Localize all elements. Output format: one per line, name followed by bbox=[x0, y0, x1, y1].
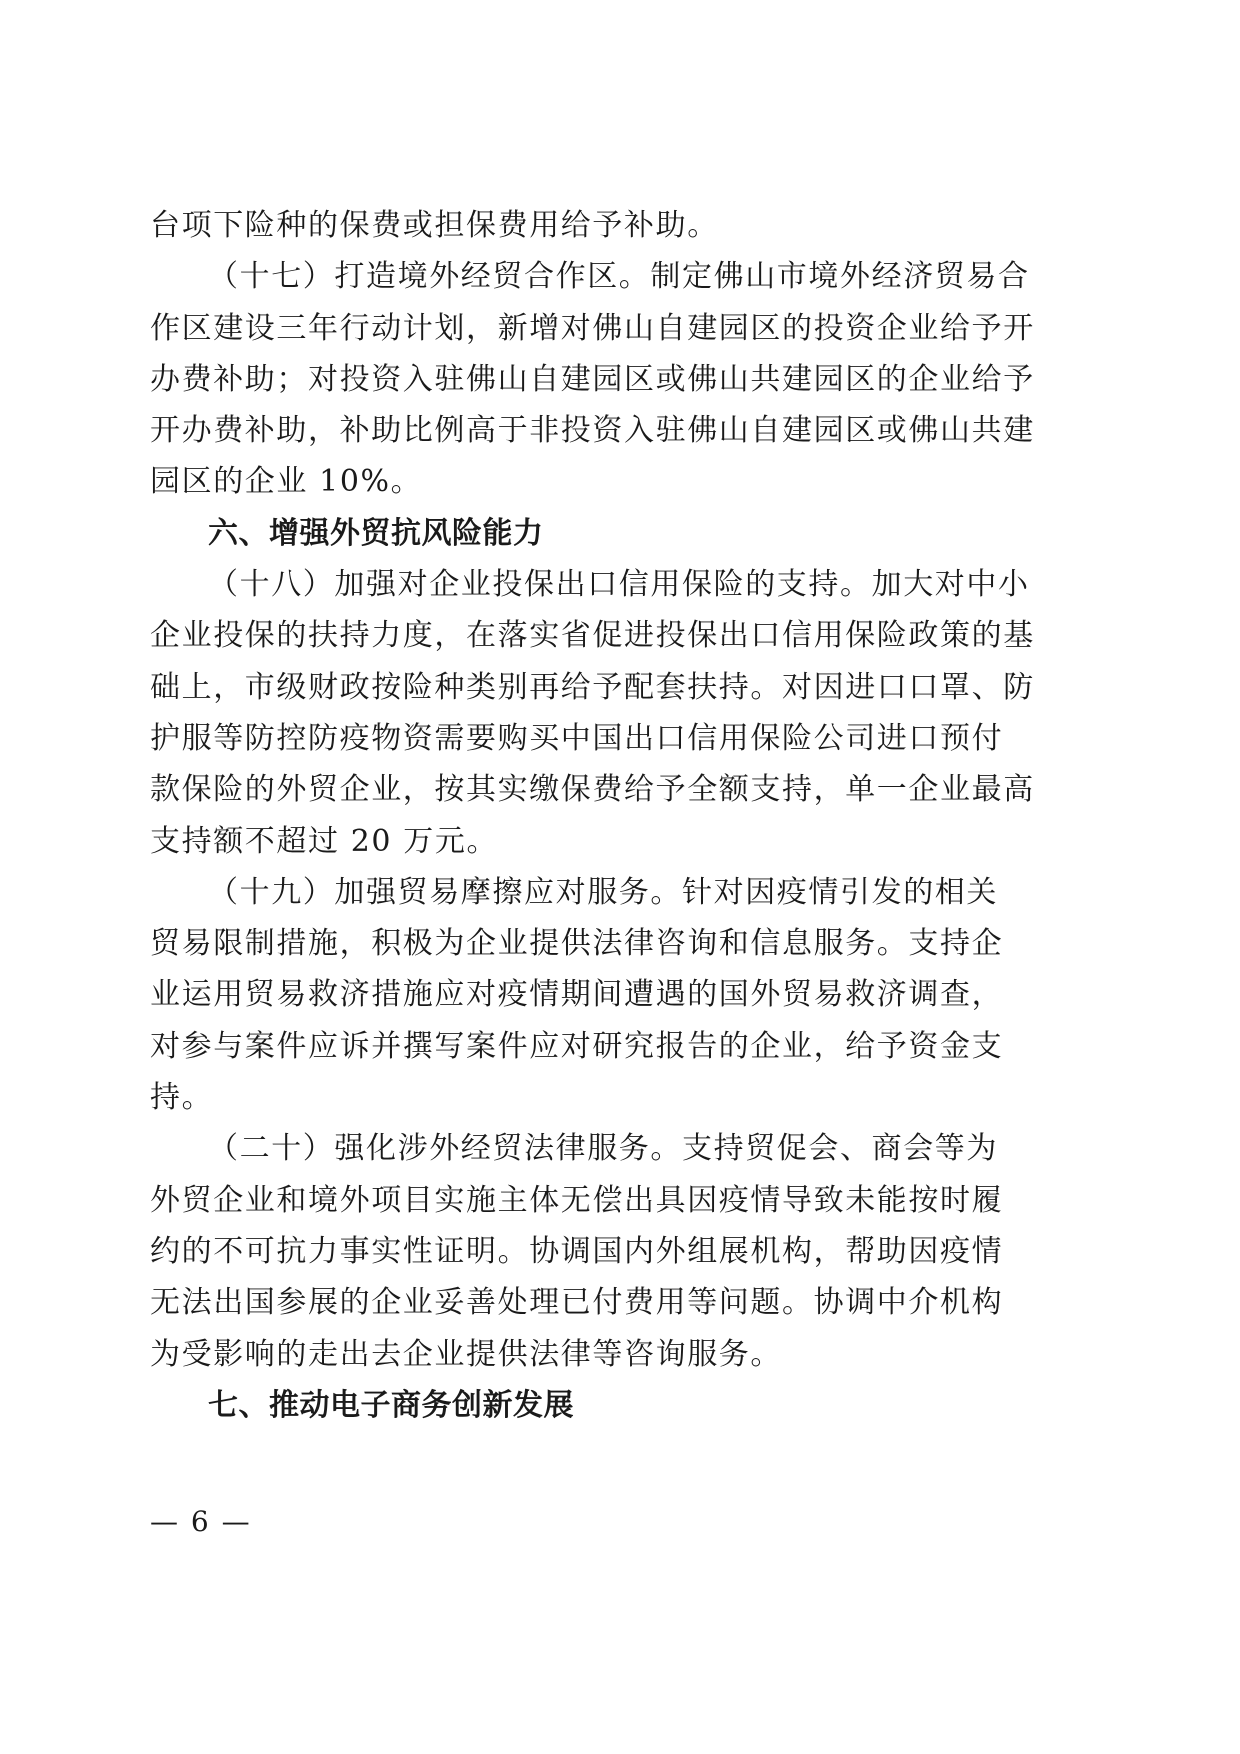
text-line: 对参与案件应诉并撰写案件应对研究报告的企业，给予资金支 bbox=[150, 1021, 975, 1072]
text-line: 作区建设三年行动计划，新增对佛山自建园区的投资企业给予开 bbox=[150, 303, 975, 354]
text-line: 约的不可抗力事实性证明。协调国内外组展机构，帮助因疫情 bbox=[150, 1226, 975, 1277]
text-line: 办费补助；对投资入驻佛山自建园区或佛山共建园区的企业给予 bbox=[150, 354, 975, 405]
paragraph-19-heading-line: （十九）加强贸易摩擦应对服务。针对因疫情引发的相关 bbox=[150, 867, 975, 918]
text-line: 无法出国参展的企业妥善处理已付费用等问题。协调中介机构 bbox=[150, 1277, 975, 1328]
text-line: 持。 bbox=[150, 1072, 975, 1123]
section-heading-7: 七、推动电子商务创新发展 bbox=[150, 1380, 975, 1431]
text-line: 础上，市级财政按险种类别再给予配套扶持。对因进口口罩、防 bbox=[150, 662, 975, 713]
document-page: 台项下险种的保费或担保费用给予补助。 （十七）打造境外经贸合作区。制定佛山市境外… bbox=[0, 0, 1240, 1754]
section-heading-6: 六、增强外贸抗风险能力 bbox=[150, 508, 975, 559]
text-line: 园区的企业 10%。 bbox=[150, 456, 975, 507]
paragraph-17-heading-line: （十七）打造境外经贸合作区。制定佛山市境外经济贸易合 bbox=[150, 251, 975, 302]
text-line: 支持额不超过 20 万元。 bbox=[150, 816, 975, 867]
text-line: 贸易限制措施，积极为企业提供法律咨询和信息服务。支持企 bbox=[150, 918, 975, 969]
text-line: 款保险的外贸企业，按其实缴保费给予全额支持，单一企业最高 bbox=[150, 764, 975, 815]
text-line: 为受影响的走出去企业提供法律等咨询服务。 bbox=[150, 1329, 975, 1380]
text-line: 台项下险种的保费或担保费用给予补助。 bbox=[150, 200, 975, 251]
text-line: 业运用贸易救济措施应对疫情期间遭遇的国外贸易救济调查， bbox=[150, 969, 975, 1020]
text-line: 护服等防控防疫物资需要购买中国出口信用保险公司进口预付 bbox=[150, 713, 975, 764]
document-body: 台项下险种的保费或担保费用给予补助。 （十七）打造境外经贸合作区。制定佛山市境外… bbox=[150, 200, 975, 1431]
page-number: — 6 — bbox=[150, 1505, 252, 1538]
paragraph-18-heading-line: （十八）加强对企业投保出口信用保险的支持。加大对中小 bbox=[150, 559, 975, 610]
text-line: 外贸企业和境外项目实施主体无偿出具因疫情导致未能按时履 bbox=[150, 1175, 975, 1226]
text-line: 企业投保的扶持力度，在落实省促进投保出口信用保险政策的基 bbox=[150, 610, 975, 661]
text-line: 开办费补助，补助比例高于非投资入驻佛山自建园区或佛山共建 bbox=[150, 405, 975, 456]
paragraph-20-heading-line: （二十）强化涉外经贸法律服务。支持贸促会、商会等为 bbox=[150, 1123, 975, 1174]
